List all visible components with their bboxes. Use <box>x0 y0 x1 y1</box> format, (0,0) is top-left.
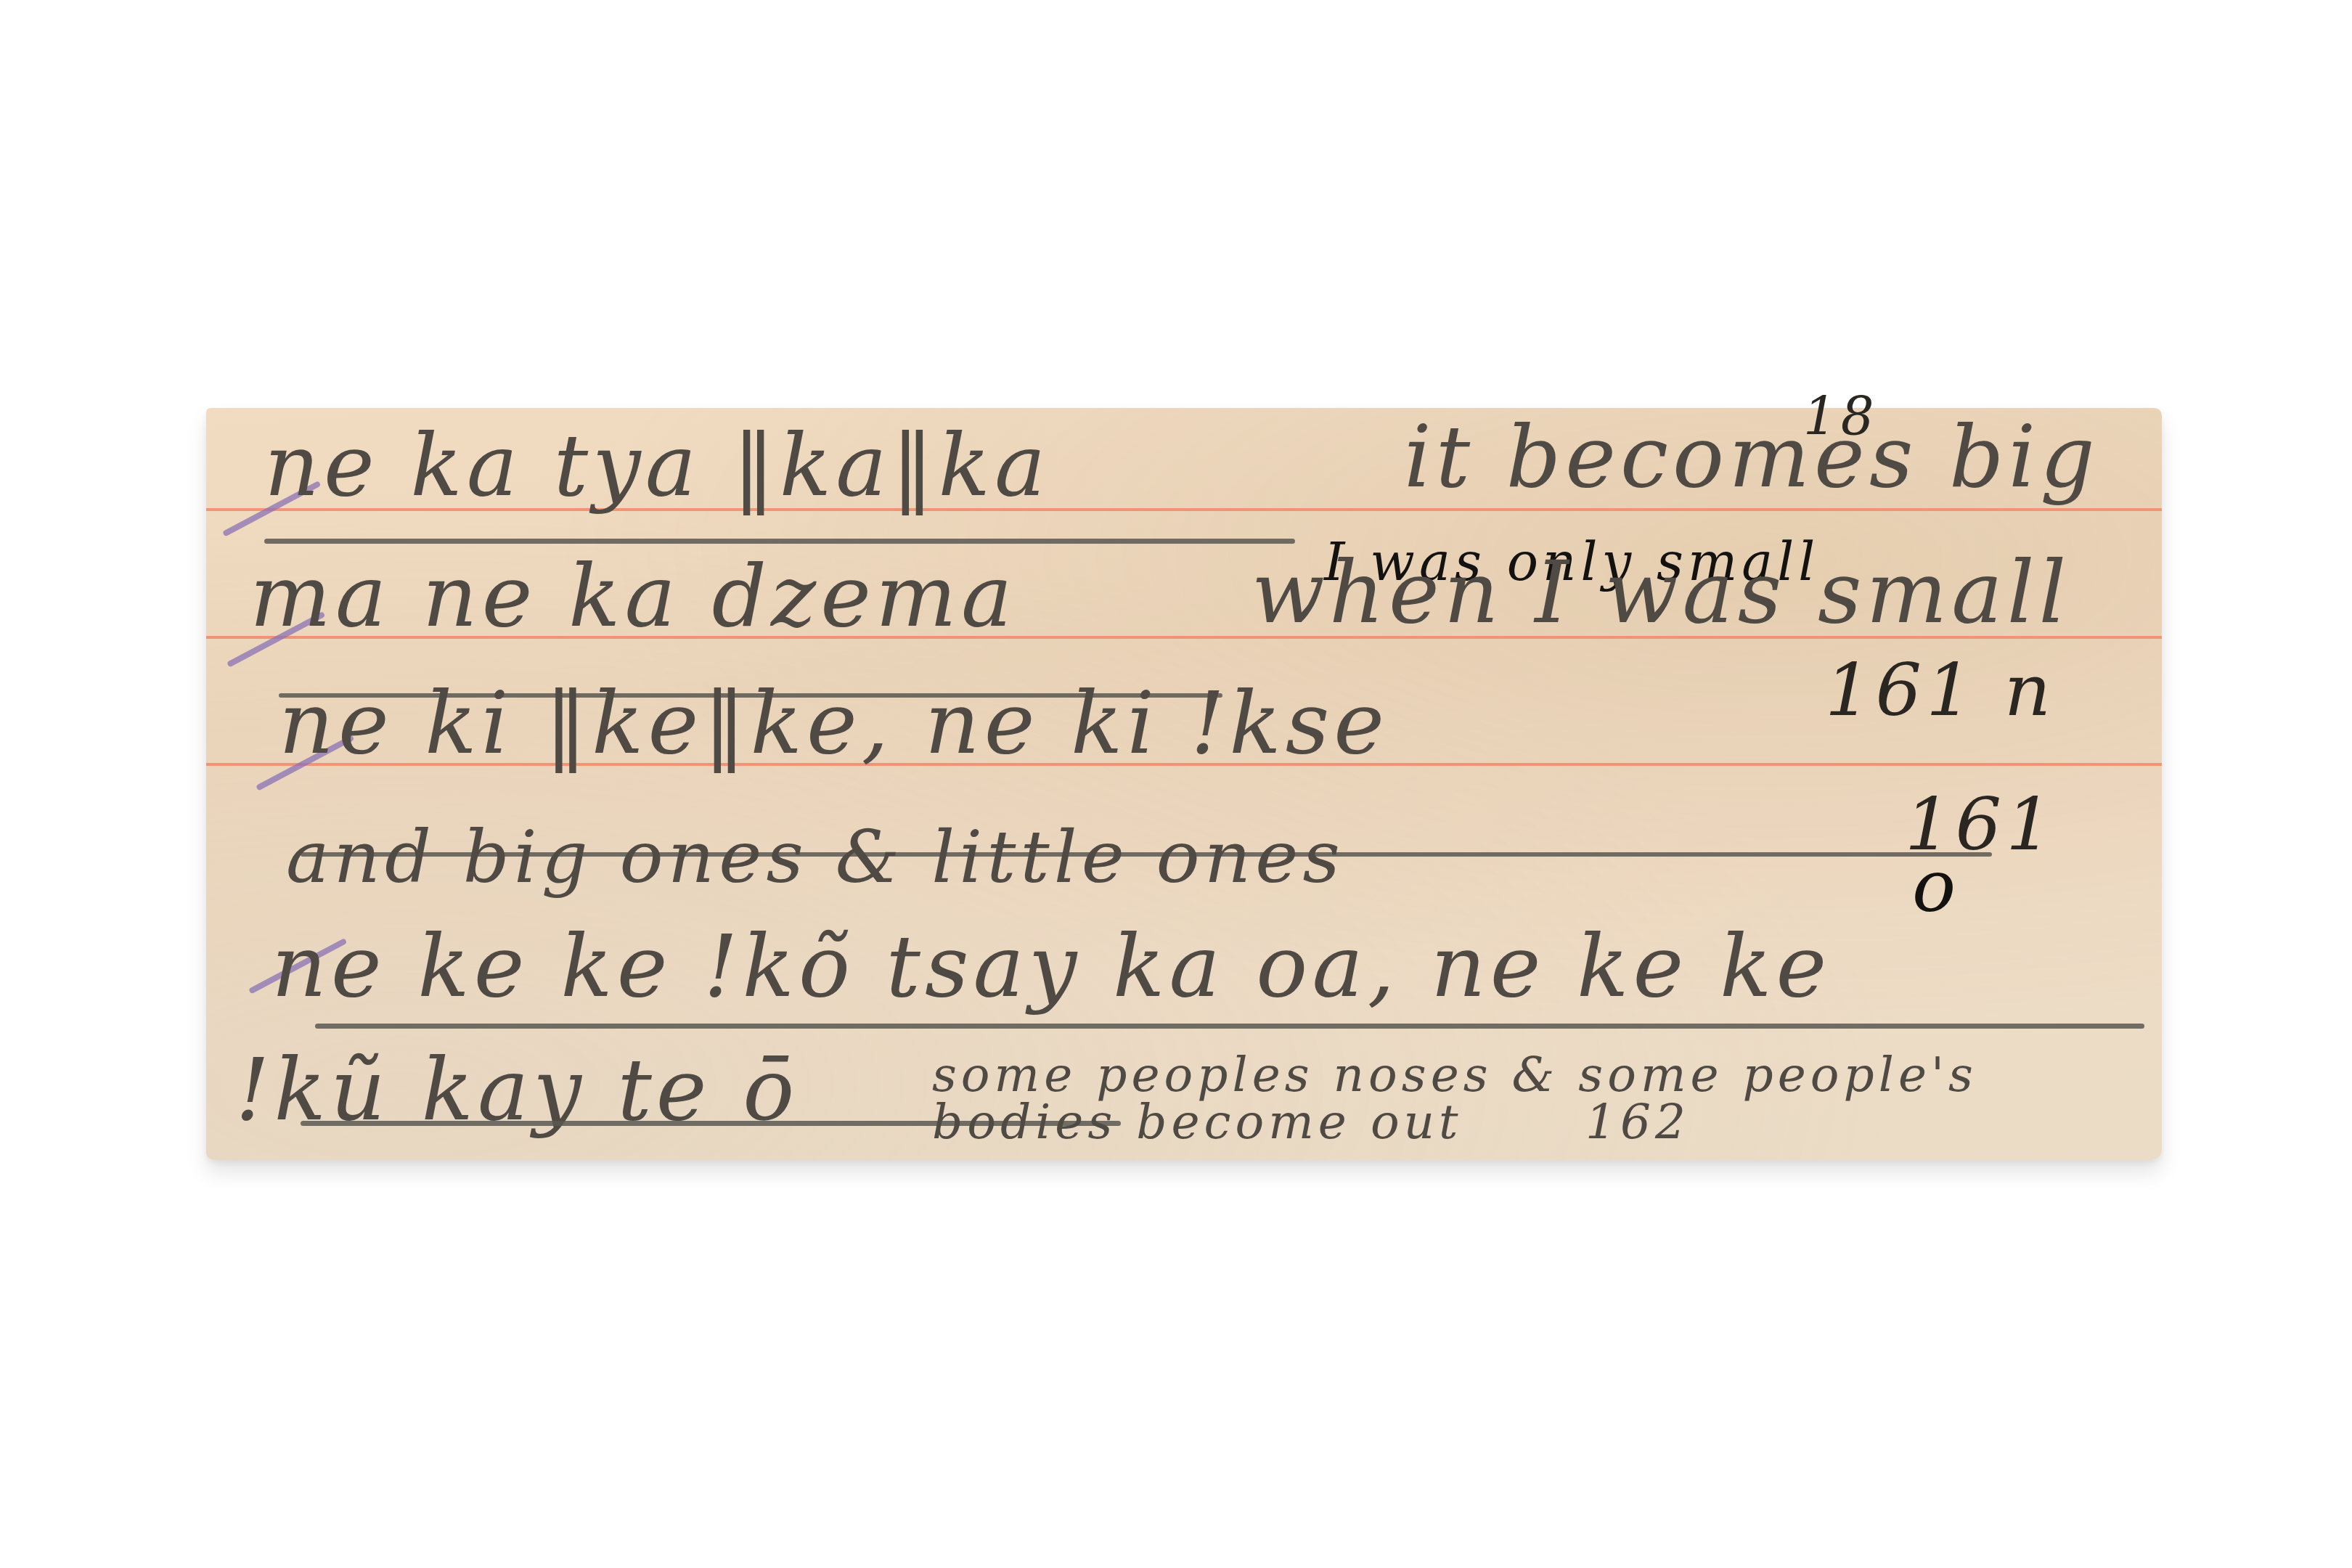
index-card: 18 ne ka tya ‖ka‖ka it becomes big I was… <box>206 408 2162 1160</box>
gloss-line-2: when I was small <box>1251 542 2070 642</box>
underline <box>315 1024 2144 1029</box>
reference-note: 161 n <box>1825 648 2055 732</box>
gloss-line-4: and big ones & little ones <box>286 814 1344 899</box>
reference-note: 162 <box>1585 1094 1690 1150</box>
native-text-line-2: ma ne ka dzema <box>250 546 1016 646</box>
native-text-line-1: ne ka tya ‖ka‖ka <box>264 415 1050 515</box>
gloss-line-6b: bodies become out <box>932 1094 1463 1150</box>
underline <box>264 539 1295 544</box>
gloss-line-1: it becomes big <box>1404 407 2099 507</box>
native-text-line-3: ne ki ‖ke‖ke, ne ki !kse <box>279 673 1389 773</box>
circle-mark: o <box>1912 844 1960 928</box>
native-text-line-5: ne ke ke !kõ tsay ka oa, ne ke ke <box>271 916 1831 1016</box>
